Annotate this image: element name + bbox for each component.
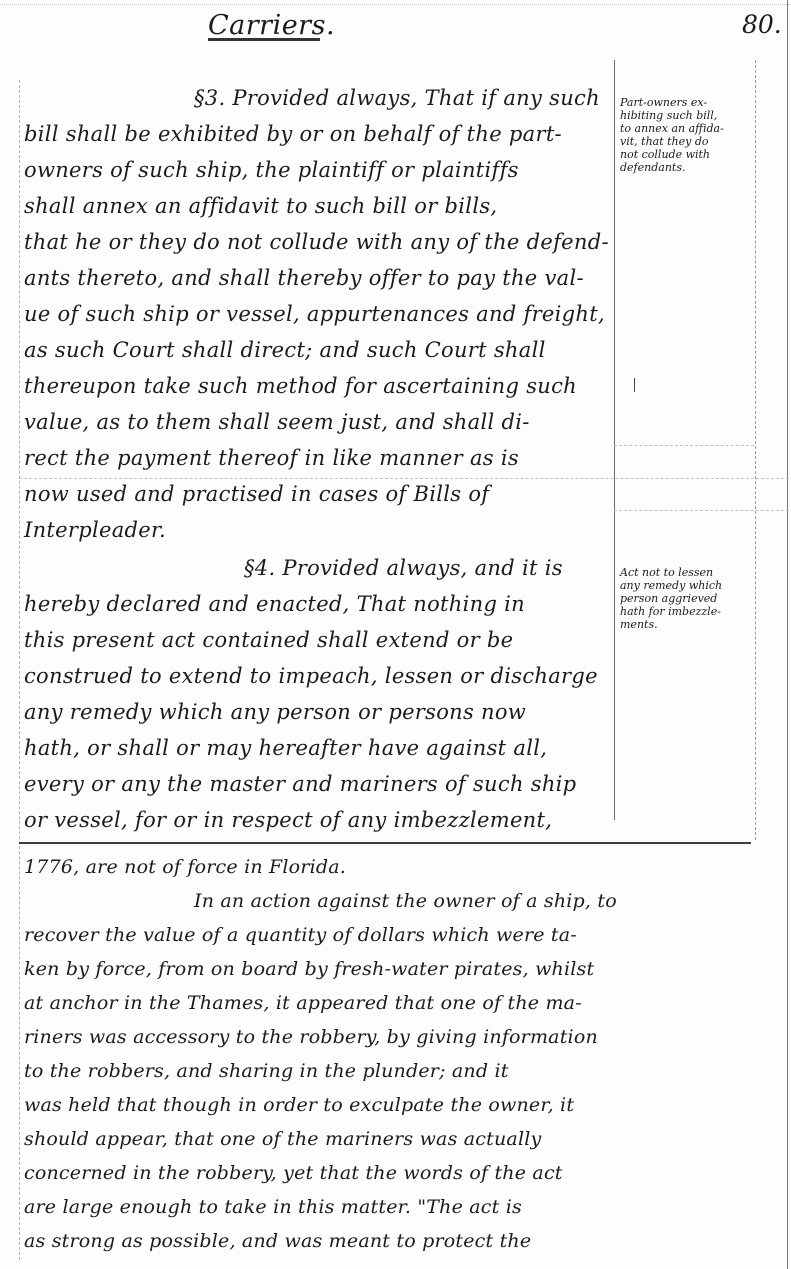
- text-line: Interpleader.: [24, 512, 614, 548]
- text-line: now used and practised in cases of Bills…: [24, 476, 614, 512]
- manuscript-page: Carriers. 80. §3. Provided always, That …: [0, 0, 791, 1269]
- text-line: bill shall be exhibited by or on behalf …: [24, 116, 614, 152]
- margin-note-line: defendants.: [620, 161, 760, 174]
- margin-tick-mark: [634, 378, 635, 392]
- text-line: to the robbers, and sharing in the plund…: [24, 1054, 764, 1088]
- page-title: Carriers.: [208, 10, 335, 41]
- text-line: at anchor in the Thames, it appeared tha…: [24, 986, 764, 1020]
- text-line: concerned in the robbery, yet that the w…: [24, 1156, 764, 1190]
- text-line: that he or they do not collude with any …: [24, 224, 614, 260]
- text-line: §4. Provided always, and it is: [24, 550, 614, 586]
- text-line: any remedy which any person or persons n…: [24, 694, 614, 730]
- margin-note-line: any remedy which: [620, 579, 760, 592]
- text-line: owners of such ship, the plaintiff or pl…: [24, 152, 614, 188]
- text-line: this present act contained shall extend …: [24, 622, 614, 658]
- text-line: construed to extend to impeach, lessen o…: [24, 658, 614, 694]
- text-line: rect the payment thereof in like manner …: [24, 440, 614, 476]
- margin-note-line: not collude with: [620, 148, 760, 161]
- commentary-text: 1776, are not of force in Florida. In an…: [24, 850, 764, 1258]
- text-line: as strong as possible, and was meant to …: [24, 1224, 764, 1258]
- margin-note-act-not-to-lessen: Act not to lessen any remedy which perso…: [620, 566, 760, 631]
- text-line: are large enough to take in this matter.…: [24, 1190, 764, 1224]
- text-line: hereby declared and enacted, That nothin…: [24, 586, 614, 622]
- top-edge-speckle: [0, 4, 791, 5]
- page-number: 80.: [742, 10, 782, 39]
- section-3-text: §3. Provided always, That if any such bi…: [24, 80, 614, 548]
- page-edge-rule: [787, 0, 788, 1269]
- text-line: should appear, that one of the mariners …: [24, 1122, 764, 1156]
- text-line: ants thereto, and shall thereby offer to…: [24, 260, 614, 296]
- text-line: hath, or shall or may hereafter have aga…: [24, 730, 614, 766]
- text-line: riners was accessory to the robbery, by …: [24, 1020, 764, 1054]
- text-line: §3. Provided always, That if any such: [24, 80, 614, 116]
- margin-note-line: hath for imbezzle-: [620, 605, 760, 618]
- margin-note-line: hibiting such bill,: [620, 109, 760, 122]
- text-line: ken by force, from on board by fresh-wat…: [24, 952, 764, 986]
- text-line: as such Court shall direct; and such Cou…: [24, 332, 614, 368]
- margin-faint-rule: [614, 510, 789, 511]
- margin-note-part-owners: Part-owners ex- hibiting such bill, to a…: [620, 96, 760, 174]
- margin-faint-rule: [614, 445, 754, 446]
- text-line: recover the value of a quantity of dolla…: [24, 918, 764, 952]
- margin-column-rule: [755, 60, 756, 840]
- text-line: was held that though in order to exculpa…: [24, 1088, 764, 1122]
- margin-note-line: Part-owners ex-: [620, 96, 760, 109]
- section-divider: [19, 842, 751, 844]
- text-line: 1776, are not of force in Florida.: [24, 850, 764, 884]
- text-line: or vessel, for or in respect of any imbe…: [24, 802, 614, 838]
- margin-note-line: ments.: [620, 618, 760, 631]
- text-line: shall annex an affidavit to such bill or…: [24, 188, 614, 224]
- text-line: every or any the master and mariners of …: [24, 766, 614, 802]
- section-4-text: §4. Provided always, and it is hereby de…: [24, 550, 614, 838]
- text-line: value, as to them shall seem just, and s…: [24, 404, 614, 440]
- title-underline: [208, 38, 320, 41]
- text-line: thereupon take such method for ascertain…: [24, 368, 614, 404]
- margin-note-line: person aggrieved: [620, 592, 760, 605]
- text-column-rule: [614, 60, 615, 820]
- text-line: In an action against the owner of a ship…: [24, 884, 764, 918]
- margin-note-line: Act not to lessen: [620, 566, 760, 579]
- left-margin-rule: [19, 80, 20, 1260]
- text-line: ue of such ship or vessel, appurtenances…: [24, 296, 614, 332]
- margin-note-line: to annex an affida-: [620, 122, 760, 135]
- margin-note-line: vit, that they do: [620, 135, 760, 148]
